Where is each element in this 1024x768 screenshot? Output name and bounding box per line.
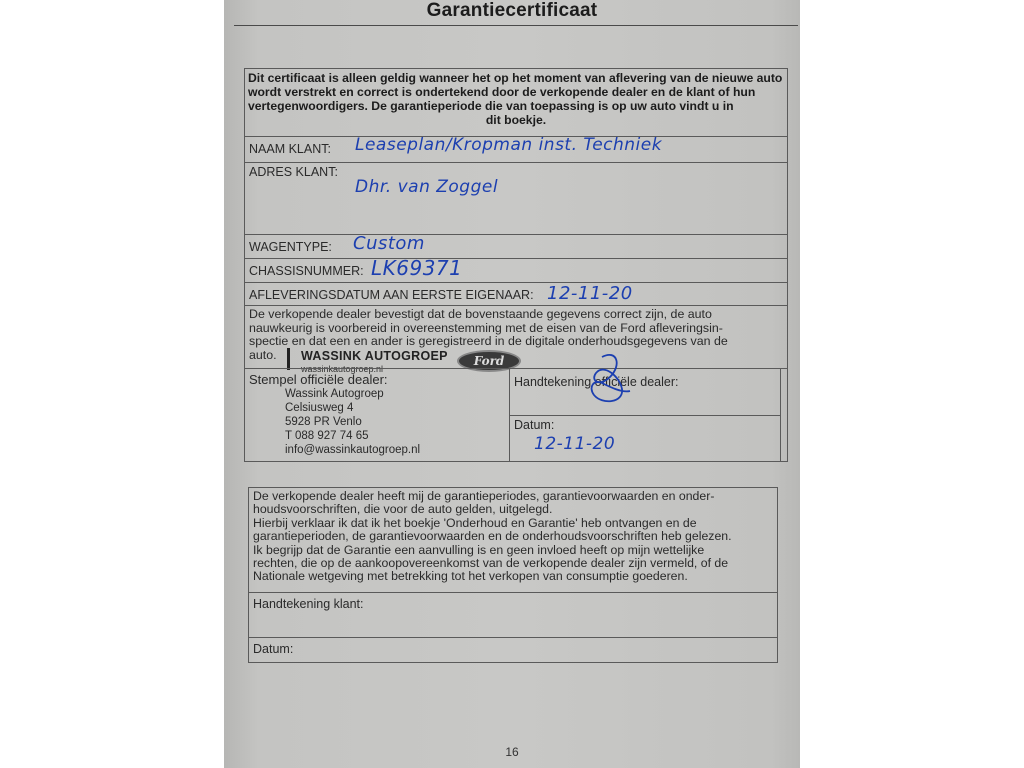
wagentype-label: WAGENTYPE: — [249, 240, 332, 254]
field-adres-klant: ADRES KLANT: Dhr. van Zoggel — [245, 162, 787, 235]
adres-klant-label: ADRES KLANT: — [249, 165, 338, 179]
field-naam-klant: NAAM KLANT: Leaseplan/Kropman inst. Tech… — [245, 136, 787, 163]
afleveringsdatum-value[interactable]: 12-11-20 — [547, 283, 633, 304]
validity-notice: Dit certificaat is alleen geldig wanneer… — [248, 71, 784, 127]
dealer-stamp: Wassink Autogroep Celsiusweg 4 5928 PR V… — [285, 387, 420, 457]
dealer-stamp-area: Stempel officiële dealer: Wassink Autogr… — [245, 368, 787, 461]
title-divider — [234, 25, 798, 26]
dealer-brand: WASSINK AUTOGROEP — [301, 349, 448, 363]
dealer-logo-bar — [287, 348, 290, 370]
field-wagentype: WAGENTYPE: Custom — [245, 234, 787, 259]
page-number: 16 — [224, 745, 800, 759]
certificate-page: Garantiecertificaat Dit certificaat is a… — [224, 0, 800, 768]
chassisnummer-label: CHASSISNUMMER: — [249, 264, 364, 278]
certificate-box: Dit certificaat is alleen geldig wanneer… — [244, 68, 788, 462]
naam-klant-value[interactable]: Leaseplan/Kropman inst. Techniek — [355, 135, 662, 155]
adres-klant-value[interactable]: Dhr. van Zoggel — [355, 177, 498, 197]
customer-signature-label: Handtekening klant: — [253, 597, 364, 611]
dealer-date-label: Datum: — [514, 418, 554, 432]
field-chassisnummer: CHASSISNUMMER: LK69371 — [245, 258, 787, 283]
customer-box: De verkopende dealer heeft mij de garant… — [248, 487, 778, 663]
customer-date-label: Datum: — [253, 642, 293, 656]
dealer-confirmation: De verkopende dealer bevestigt dat de bo… — [245, 305, 787, 369]
customer-date-field[interactable]: Datum: — [249, 637, 777, 662]
page-title: Garantiecertificaat — [224, 0, 800, 22]
dealer-date-cell: Datum: 12-11-20 — [510, 415, 781, 462]
field-afleveringsdatum: AFLEVERINGSDATUM AAN EERSTE EIGENAAR: 12… — [245, 282, 787, 306]
stamp-cell: Stempel officiële dealer: Wassink Autogr… — [245, 369, 510, 462]
customer-statement: De verkopende dealer heeft mij de garant… — [253, 490, 777, 584]
customer-signature-field[interactable]: Handtekening klant: — [249, 592, 777, 638]
dealer-signature-icon — [572, 347, 642, 417]
naam-klant-label: NAAM KLANT: — [249, 142, 331, 156]
dealer-date-value[interactable]: 12-11-20 — [534, 434, 615, 454]
wagentype-value[interactable]: Custom — [353, 233, 425, 254]
dealer-signature-cell[interactable]: Handtekening officiële dealer: — [510, 369, 781, 416]
chassisnummer-value[interactable]: LK69371 — [371, 256, 462, 280]
afleveringsdatum-label: AFLEVERINGSDATUM AAN EERSTE EIGENAAR: — [249, 288, 534, 302]
stamp-label: Stempel officiële dealer: — [249, 372, 388, 387]
